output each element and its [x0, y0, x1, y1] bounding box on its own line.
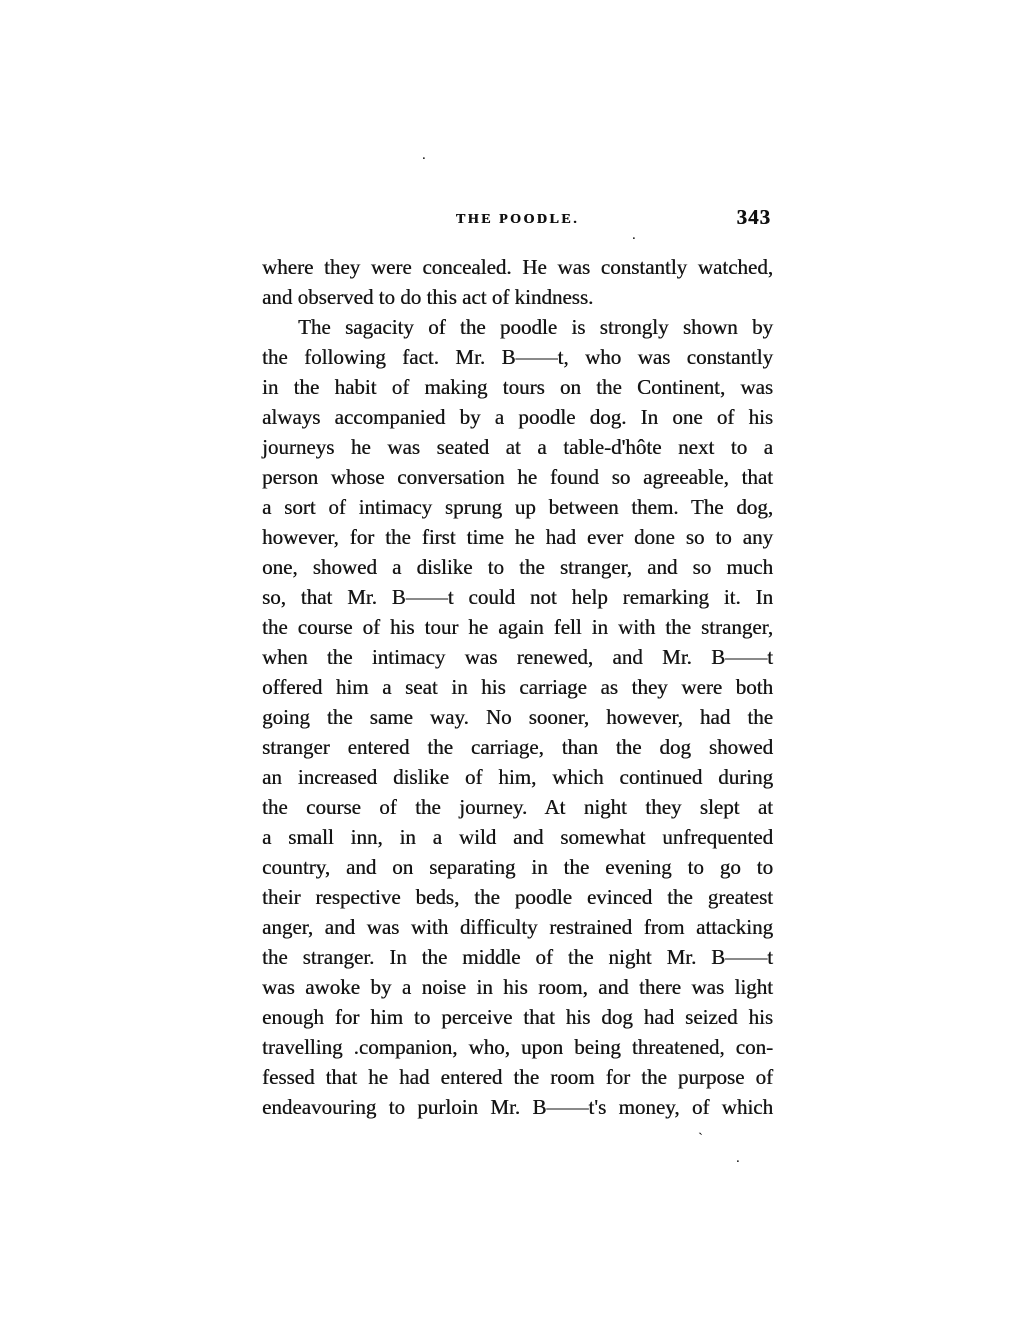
text-line: an increased dislike of him, which conti… [262, 762, 773, 792]
scan-speck: . [736, 1151, 740, 1166]
text-line: their respective beds, the poodle evince… [262, 882, 773, 912]
text-line-last: endeavouring to purloin Mr. B——t's money… [262, 1092, 773, 1122]
text-line: always accompanied by a poodle dog. In o… [262, 402, 773, 432]
text-line-paragraph-start: The sagacity of the poodle is strongly s… [262, 312, 773, 342]
text-line: in the habit of making tours on the Cont… [262, 372, 773, 402]
text-line: offered him a seat in his carriage as th… [262, 672, 773, 702]
text-line: the following fact. Mr. B——t, who was co… [262, 342, 773, 372]
text-line: a small inn, in a wild and somewhat unfr… [262, 822, 773, 852]
running-title: THE POODLE. [262, 212, 773, 228]
text-line: when the intimacy was renewed, and Mr. B… [262, 642, 773, 672]
text-line: the course of the journey. At night they… [262, 792, 773, 822]
text-line: country, and on separating in the evenin… [262, 852, 773, 882]
text-line: the stranger. In the middle of the night… [262, 942, 773, 972]
text-line: where they were concealed. He was consta… [262, 252, 773, 282]
text-line: the course of his tour he again fell in … [262, 612, 773, 642]
page-header: THE POODLE. 343 [262, 205, 773, 233]
text-line: person whose conversation he found so ag… [262, 462, 773, 492]
text-line: one, showed a dislike to the stranger, a… [262, 552, 773, 582]
text-line: so, that Mr. B——t could not help remarki… [262, 582, 773, 612]
scan-speck: , [477, 263, 480, 275]
scan-speck: . [422, 148, 426, 163]
text-line: travelling .companion, who, upon being t… [262, 1032, 773, 1062]
text-line: a sort of intimacy sprung up between the… [262, 492, 773, 522]
text-line: anger, and was with difficulty restraine… [262, 912, 773, 942]
text-line: was awoke by a noise in his room, and th… [262, 972, 773, 1002]
text-line: enough for him to perceive that his dog … [262, 1002, 773, 1032]
scan-speck: ` [698, 1132, 703, 1147]
text-line-paragraph-end: and observed to do this act of kindness. [262, 282, 773, 312]
scan-speck: . [632, 228, 636, 243]
page-body: where they were concealed. He was consta… [262, 252, 773, 1122]
page-number: 343 [737, 205, 772, 230]
book-page: THE POODLE. 343 where they were conceale… [0, 0, 1033, 1339]
text-line: going the same way. No sooner, however, … [262, 702, 773, 732]
text-line: fessed that he had entered the room for … [262, 1062, 773, 1092]
text-line: however, for the first time he had ever … [262, 522, 773, 552]
text-line: stranger entered the carriage, than the … [262, 732, 773, 762]
text-line: journeys he was seated at a table-d'hôte… [262, 432, 773, 462]
